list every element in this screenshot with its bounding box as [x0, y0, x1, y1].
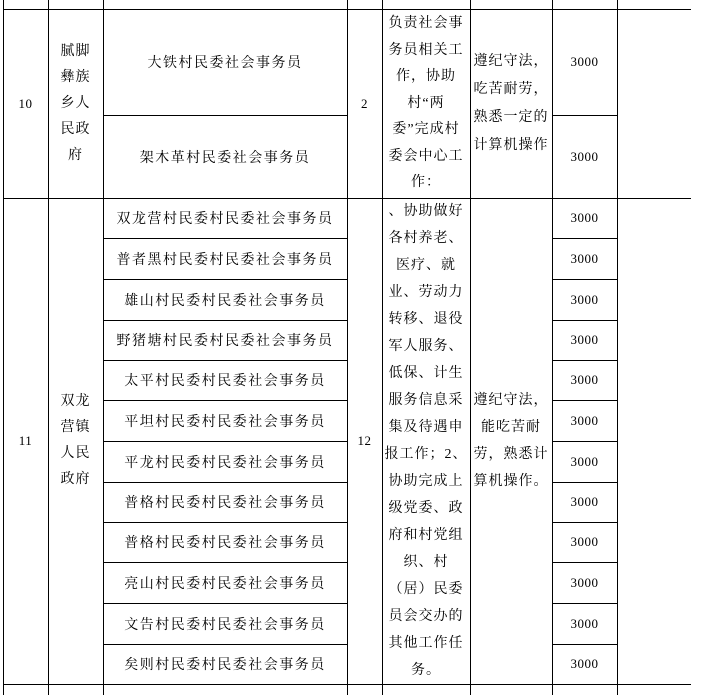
- duties-cell: 负责社会事 务员相关工 作，协助 村“两 委”完成村 委会中心工 作：: [383, 10, 469, 198]
- salary-cell: 3000: [553, 645, 616, 683]
- position-cell: 平龙村民委村民委社会事务员: [104, 442, 346, 481]
- row-number-cell: 11: [4, 199, 47, 683]
- salary-cell: 3000: [553, 321, 616, 359]
- position-cell: 文告村民委村民委社会事务员: [104, 604, 346, 643]
- requirements-cell: 遵纪守法， 能吃苦耐 劳，熟悉计 算机操作。: [471, 199, 551, 683]
- grid-hline: [3, 684, 691, 685]
- recruitment-table: 10 腻脚 彝族 乡人 民政 府 大铁村民委社会事务员 架木革村民委社会事务员 …: [0, 0, 704, 695]
- position-cell: 雄山村民委村民委社会事务员: [104, 280, 346, 319]
- salary-cell: 3000: [553, 280, 616, 319]
- org-cell: 双龙 营镇 人民 政府: [49, 199, 102, 683]
- position-cell: 普者黑村民委村民委社会事务员: [104, 239, 346, 278]
- position-cell: 架木革村民委社会事务员: [104, 116, 346, 197]
- salary-cell: 3000: [553, 442, 616, 481]
- position-cell: 双龙营村民委村民委社会事务员: [104, 199, 346, 237]
- count-cell: 12: [348, 199, 381, 683]
- position-cell: 平坦村民委村民委社会事务员: [104, 401, 346, 440]
- position-cell: 太平村民委村民委社会事务员: [104, 361, 346, 399]
- remarks-cell: [618, 10, 691, 684]
- salary-cell: 3000: [553, 563, 616, 602]
- salary-cell: 3000: [553, 116, 616, 197]
- salary-cell: 3000: [553, 523, 616, 561]
- salary-cell: 3000: [553, 361, 616, 399]
- salary-cell: 3000: [553, 239, 616, 278]
- position-cell: 矣则村民委村民委社会事务员: [104, 645, 346, 683]
- salary-cell: 3000: [553, 401, 616, 440]
- requirements-cell: 遵纪守法， 吃苦耐劳， 熟悉一定的 计算机操作: [471, 10, 551, 198]
- salary-cell: 3000: [553, 10, 616, 114]
- salary-cell: 3000: [553, 604, 616, 643]
- position-cell: 亮山村民委村民委社会事务员: [104, 563, 346, 602]
- position-cell: 野猪塘村民委村民委社会事务员: [104, 321, 346, 359]
- position-cell: 大铁村民委社会事务员: [104, 10, 346, 114]
- count-cell: 2: [348, 10, 381, 198]
- salary-cell: 3000: [553, 483, 616, 521]
- position-cell: 普格村民委村民委社会事务员: [104, 483, 346, 521]
- org-cell: 腻脚 彝族 乡人 民政 府: [49, 10, 102, 198]
- position-cell: 普格村民委村民委社会事务员: [104, 523, 346, 561]
- salary-cell: 3000: [553, 199, 616, 237]
- row-number-cell: 10: [4, 10, 47, 198]
- duties-cell: 、协助做好 各村养老、 医疗、就 业、劳动力 转移、退役 军人服务、 低保、计生…: [383, 199, 469, 683]
